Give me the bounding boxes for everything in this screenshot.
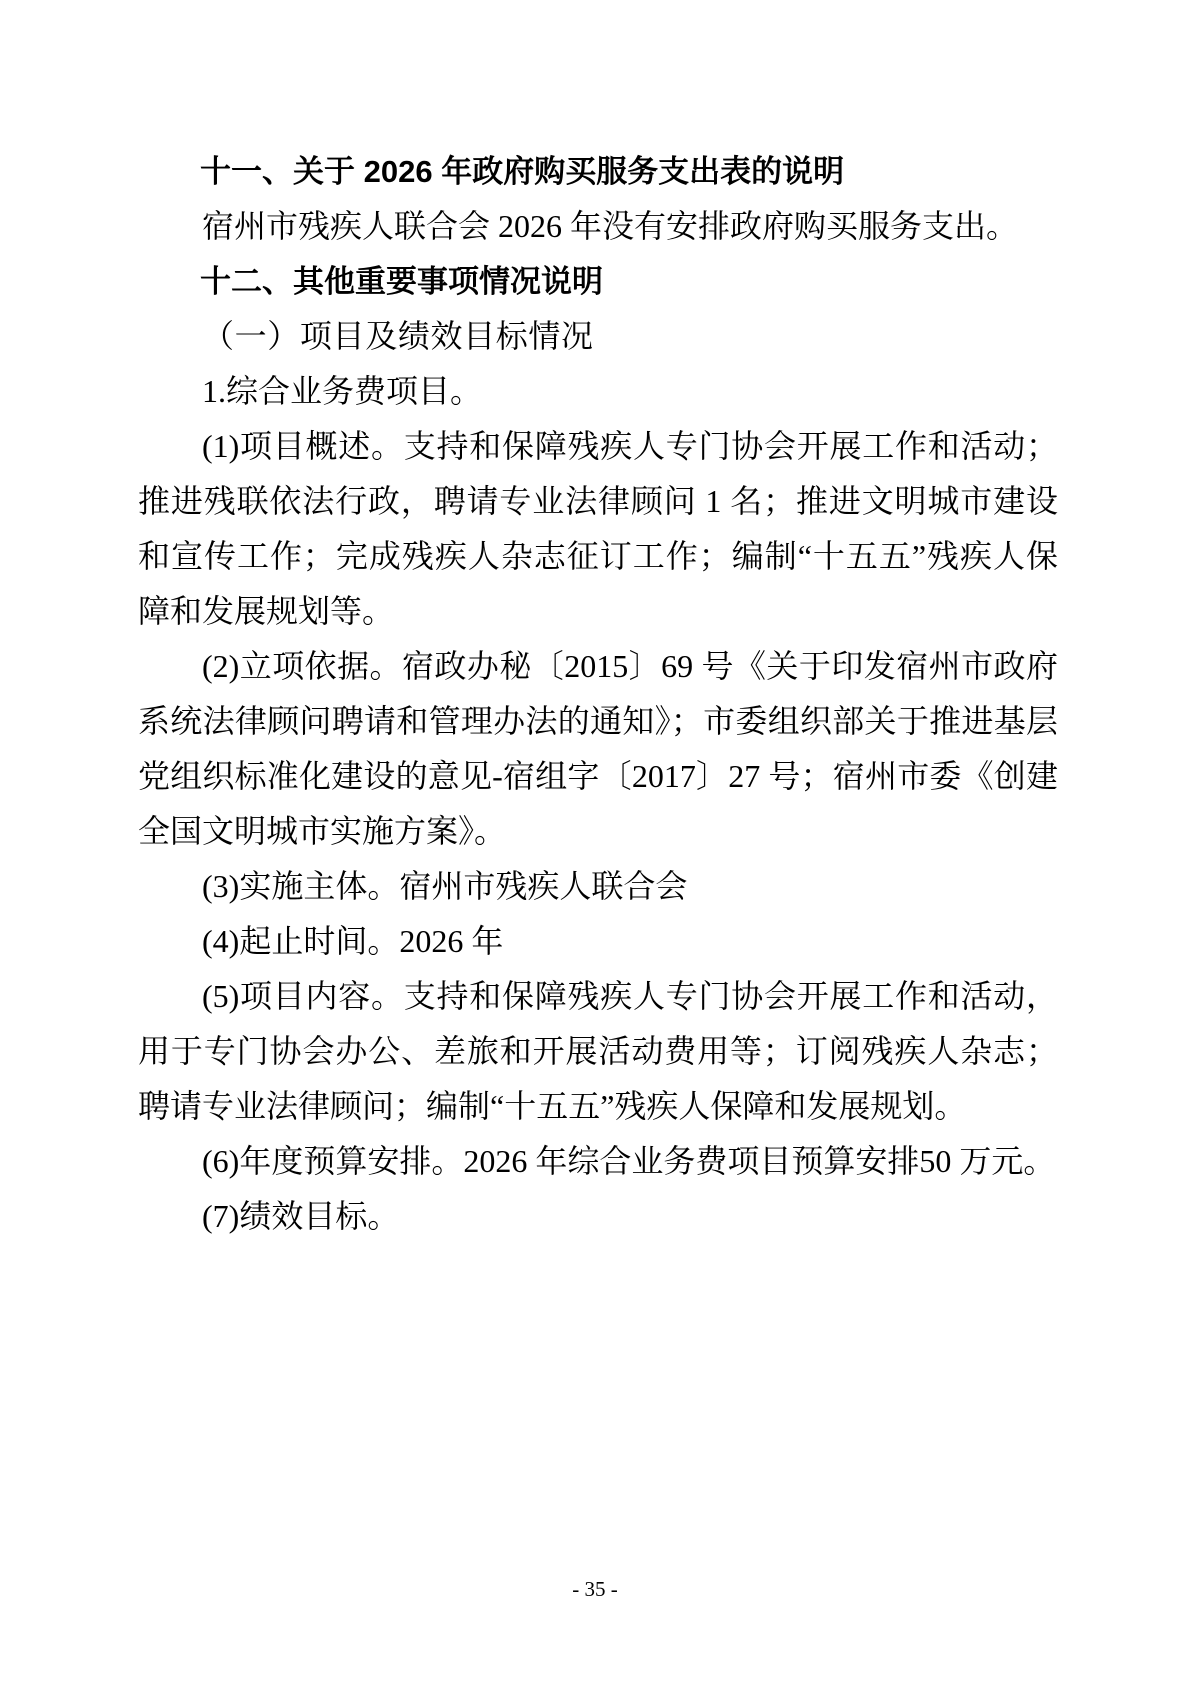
project-1-title: 1.综合业务费项目。 xyxy=(138,364,1058,419)
section-heading-11: 十一、关于 2026 年政府购买服务支出表的说明 xyxy=(138,144,1058,199)
project-1-implementer: (3)实施主体。宿州市残疾人联合会 xyxy=(138,859,1058,914)
project-1-timeframe: (4)起止时间。2026 年 xyxy=(138,914,1058,969)
project-1-performance: (7)绩效目标。 xyxy=(138,1189,1058,1244)
page-number: - 35 - xyxy=(0,1576,1190,1602)
document-content: 十一、关于 2026 年政府购买服务支出表的说明 宿州市残疾人联合会 2026 … xyxy=(138,144,1058,1244)
document-page: 十一、关于 2026 年政府购买服务支出表的说明 宿州市残疾人联合会 2026 … xyxy=(0,0,1190,1683)
project-1-overview: (1)项目概述。支持和保障残疾人专门协会开展工作和活动；推进残联依法行政，聘请专… xyxy=(138,419,1058,639)
subsection-heading-1: （一）项目及绩效目标情况 xyxy=(138,309,1058,364)
project-1-content: (5)项目内容。支持和保障残疾人专门协会开展工作和活动，用于专门协会办公、差旅和… xyxy=(138,969,1058,1134)
project-1-basis: (2)立项依据。宿政办秘〔2015〕69 号《关于印发宿州市政府系统法律顾问聘请… xyxy=(138,639,1058,859)
project-1-budget: (6)年度预算安排。2026 年综合业务费项目预算安排50 万元。 xyxy=(138,1134,1058,1189)
section-11-body: 宿州市残疾人联合会 2026 年没有安排政府购买服务支出。 xyxy=(138,199,1058,254)
section-heading-12: 十二、其他重要事项情况说明 xyxy=(138,254,1058,309)
